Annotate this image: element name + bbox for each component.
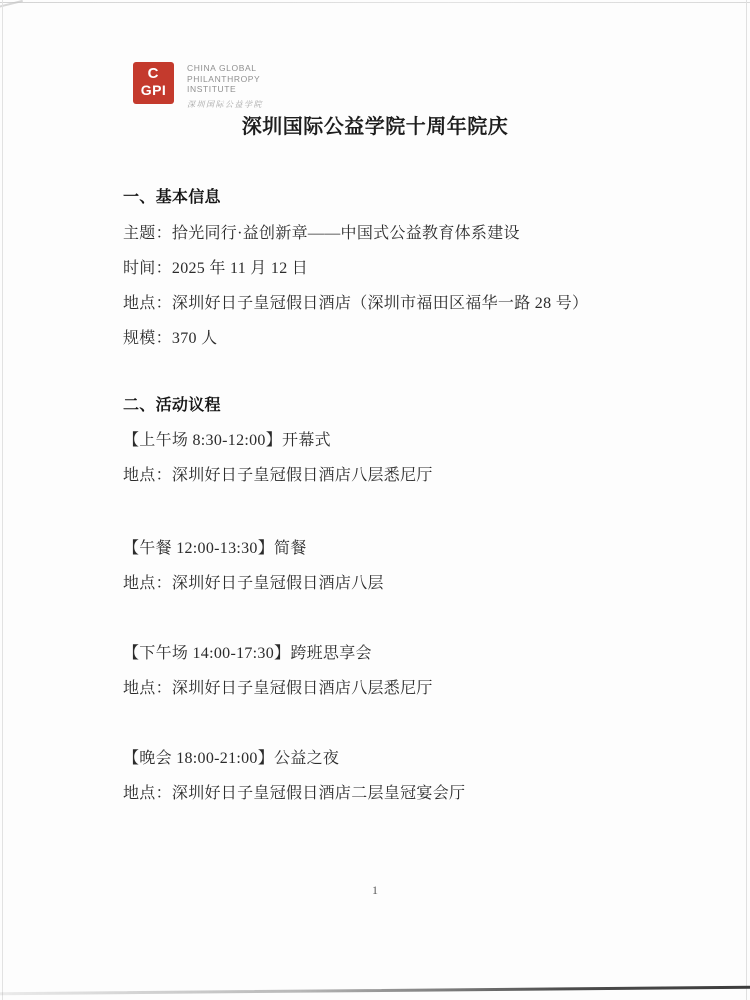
event-slot-lunch: 【午餐 12:00-13:30】简餐 — [123, 539, 307, 558]
event-location-lunch: 地点：深圳好日子皇冠假日酒店八层 — [123, 574, 384, 593]
event-slot-morning: 【上午场 8:30-12:00】开幕式 — [123, 431, 331, 450]
logo-wordmark: CHINA GLOBAL PHILANTHROPY INSTITUTE 深圳国际… — [187, 62, 263, 110]
logo-monogram-top: C — [133, 66, 174, 82]
document-title: 深圳国际公益学院十周年院庆 — [0, 110, 750, 139]
event-location-afternoon: 地点：深圳好日子皇冠假日酒店八层悉尼厅 — [123, 679, 433, 698]
cgpi-logo-icon: C GPI — [133, 62, 174, 104]
cgpi-logo: C GPI CHINA GLOBAL PHILANTHROPY INSTITUT… — [133, 62, 263, 110]
logo-monogram-bottom: GPI — [133, 82, 174, 98]
org-name-en-line2: PHILANTHROPY — [187, 74, 263, 85]
section-2-heading: 二、活动议程 — [123, 396, 221, 415]
event-location-morning: 地点：深圳好日子皇冠假日酒店八层悉尼厅 — [123, 466, 433, 485]
org-name-en-line1: CHINA GLOBAL — [187, 63, 263, 74]
org-name-en-line3: INSTITUTE — [187, 84, 263, 95]
info-line-venue: 地点：深圳好日子皇冠假日酒店（深圳市福田区福华一路 28 号） — [123, 294, 588, 313]
scan-edge-top — [0, 2, 750, 3]
page-number: 1 — [0, 883, 750, 898]
event-slot-evening: 【晚会 18:00-21:00】公益之夜 — [123, 749, 339, 768]
event-location-evening: 地点：深圳好日子皇冠假日酒店二层皇冠宴会厅 — [123, 784, 465, 803]
scanned-document-page: C GPI CHINA GLOBAL PHILANTHROPY INSTITUT… — [0, 0, 750, 1000]
info-line-time: 时间：2025 年 11 月 12 日 — [123, 259, 308, 278]
section-1-heading: 一、基本信息 — [123, 188, 221, 207]
event-slot-afternoon: 【下午场 14:00-17:30】跨班思享会 — [123, 644, 372, 663]
info-line-scale: 规模：370 人 — [123, 329, 217, 348]
scan-edge-left — [2, 0, 3, 1000]
scan-edge-right — [746, 0, 747, 1000]
info-line-theme: 主题：拾光同行·益创新章——中国式公益教育体系建设 — [123, 224, 520, 243]
org-name-chinese: 深圳国际公益学院 — [187, 99, 263, 110]
scan-edge-bottom — [0, 986, 750, 996]
